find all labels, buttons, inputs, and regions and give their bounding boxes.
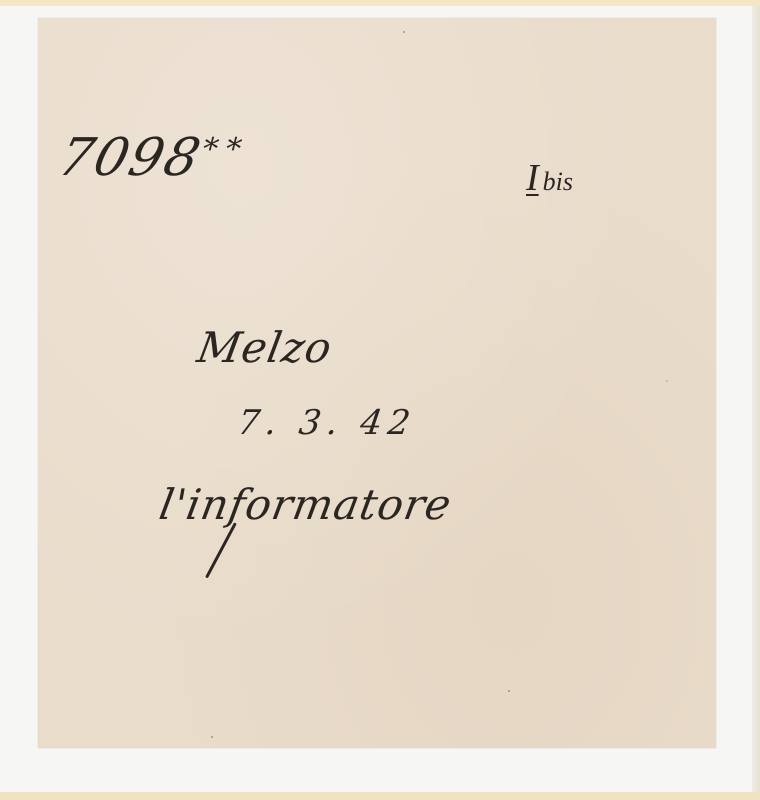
section-roman-numeral: I — [526, 157, 539, 199]
mount-bottom-edge — [0, 792, 760, 800]
pen-stroke-descender — [205, 522, 237, 578]
catalog-star-marks: ** — [198, 132, 253, 167]
paper-speck — [211, 736, 213, 738]
section-mark: Ibis — [526, 156, 573, 200]
paper-card: 7098** Ibis Melzo 7. 3. 42 l'informatore — [38, 18, 716, 748]
paper-speck — [403, 31, 405, 33]
section-suffix: bis — [543, 167, 573, 196]
catalog-number-value: 7098 — [53, 128, 208, 188]
place-name: Melzo — [194, 323, 336, 372]
mount-right-edge — [752, 6, 760, 792]
date-text: 7. 3. 42 — [235, 403, 418, 443]
source-text: l'informatore — [156, 480, 456, 529]
catalog-number: 7098** — [53, 128, 254, 188]
paper-speck — [508, 690, 510, 692]
paper-speck — [666, 380, 668, 382]
